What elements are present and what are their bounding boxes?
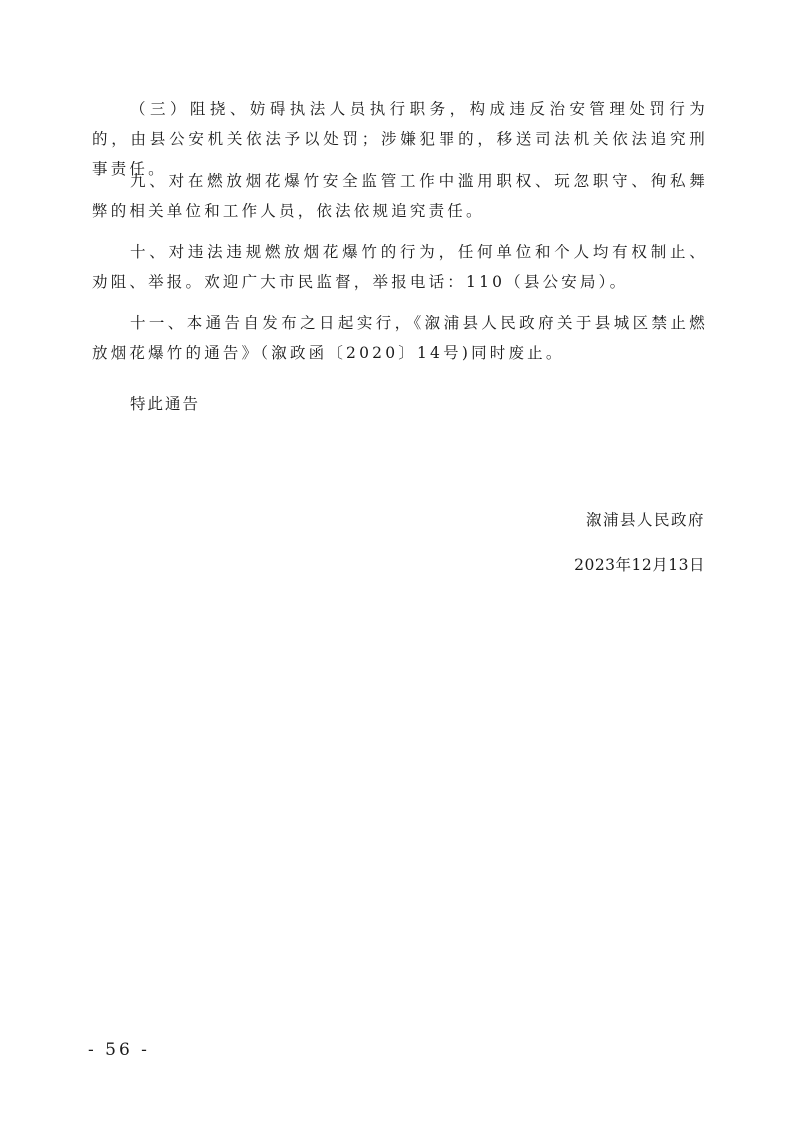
issue-date: 2023年12月13日	[574, 553, 705, 575]
document-page: （三）阻挠、妨碍执法人员执行职务，构成违反治安管理处罚行为的，由县公安机关依法予…	[0, 0, 793, 1122]
paragraph-article-9: 九、对在燃放烟花爆竹安全监管工作中滥用职权、玩忽职守、徇私舞弊的相关单位和工作人…	[92, 166, 708, 226]
page-number: - 56 -	[88, 1040, 150, 1060]
closing-statement: 特此通告	[130, 392, 200, 414]
paragraph-article-10: 十、对违法违规燃放烟花爆竹的行为，任何单位和个人均有权制止、劝阻、举报。欢迎广大…	[92, 237, 708, 297]
paragraph-article-11: 十一、本通告自发布之日起实行，《溆浦县人民政府关于县城区禁止燃放烟花爆竹的通告》…	[92, 308, 708, 368]
issuer-signature: 溆浦县人民政府	[586, 508, 705, 530]
